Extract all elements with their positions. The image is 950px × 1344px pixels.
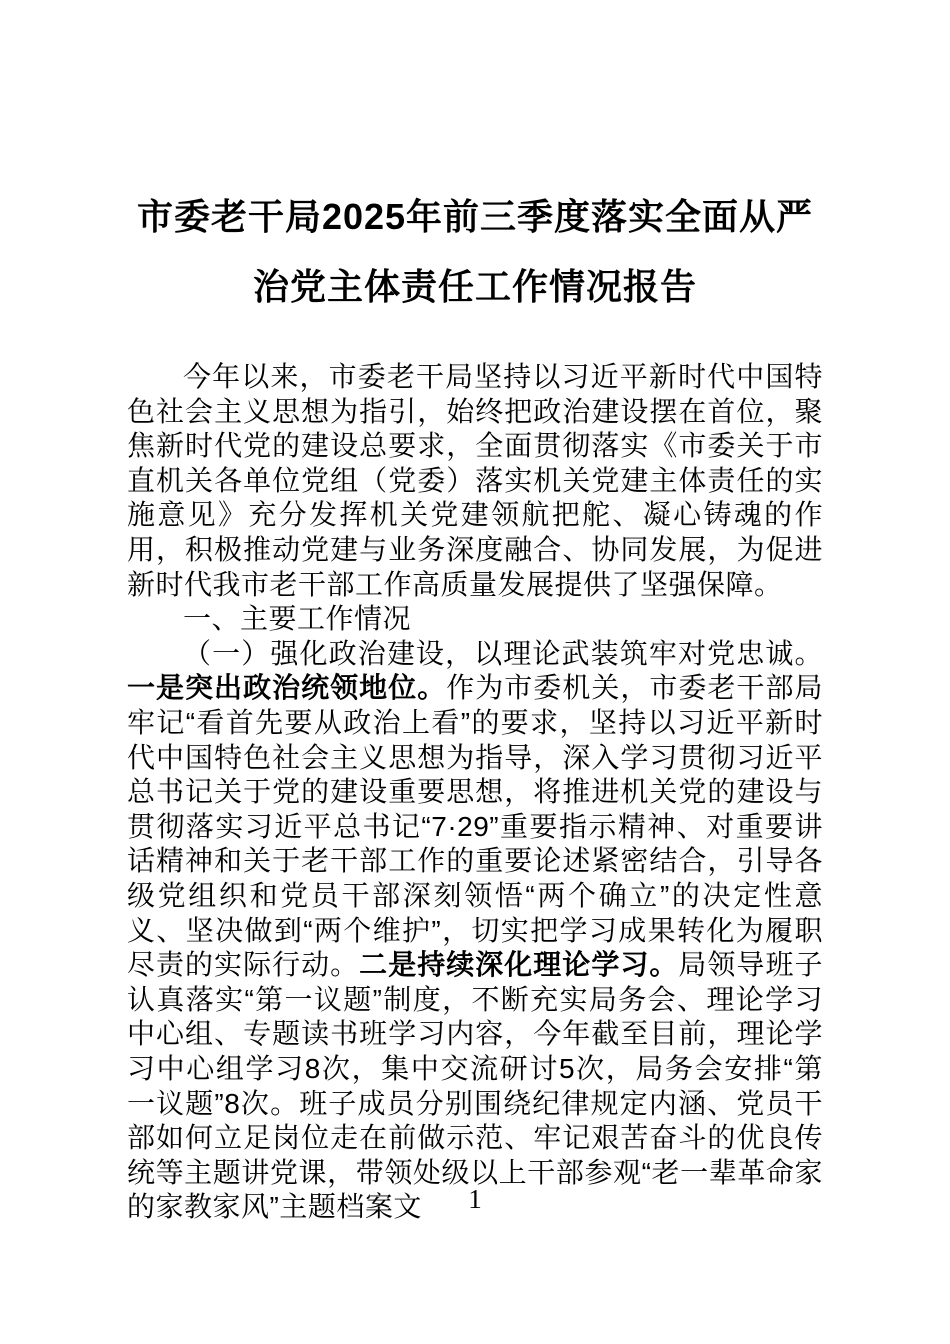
section-1-1-paragraph: （一）强化政治建设，以理论武装筑牢对党忠诚。一是突出政治统领地位。作为市委机关，…	[127, 637, 823, 1225]
title-line-1: 市委老干局2025年前三季度落实全面从严	[0, 182, 950, 252]
intro-paragraph: 今年以来，市委老干局坚持以习近平新时代中国特色社会主义思想为指引，始终把政治建设…	[127, 360, 823, 602]
text-run: 局领导班子认真落实“第一议题”制度，不断充实局务会、理论学习中心组、专题读书班学…	[127, 949, 823, 1222]
emphasis-run: 一是突出政治统领地位。	[127, 672, 446, 703]
document-body: 今年以来，市委老干局坚持以习近平新时代中国特色社会主义思想为指引，始终把政治建设…	[127, 360, 823, 1225]
title-line-2: 治党主体责任工作情况报告	[0, 252, 950, 322]
document-title: 市委老干局2025年前三季度落实全面从严 治党主体责任工作情况报告	[0, 24, 950, 322]
text-run: （一）强化政治建设，以理论武装筑牢对党忠诚。	[183, 638, 823, 669]
text-run: 作为市委机关，市委老干部局牢记“看首先要从政治上看”的要求，坚持以习近平新时代中…	[127, 672, 823, 980]
text-run: 一、主要工作情况	[183, 603, 411, 634]
section-1-heading: 一、主要工作情况	[127, 602, 823, 637]
document-page: 市委老干局2025年前三季度落实全面从严 治党主体责任工作情况报告 今年以来，市…	[0, 0, 950, 1344]
text-run: 今年以来，市委老干局坚持以习近平新时代中国特色社会主义思想为指引，始终把政治建设…	[127, 361, 823, 600]
emphasis-run: 二是持续深化理论学习。	[359, 949, 678, 980]
page-number: 1	[0, 1184, 950, 1215]
